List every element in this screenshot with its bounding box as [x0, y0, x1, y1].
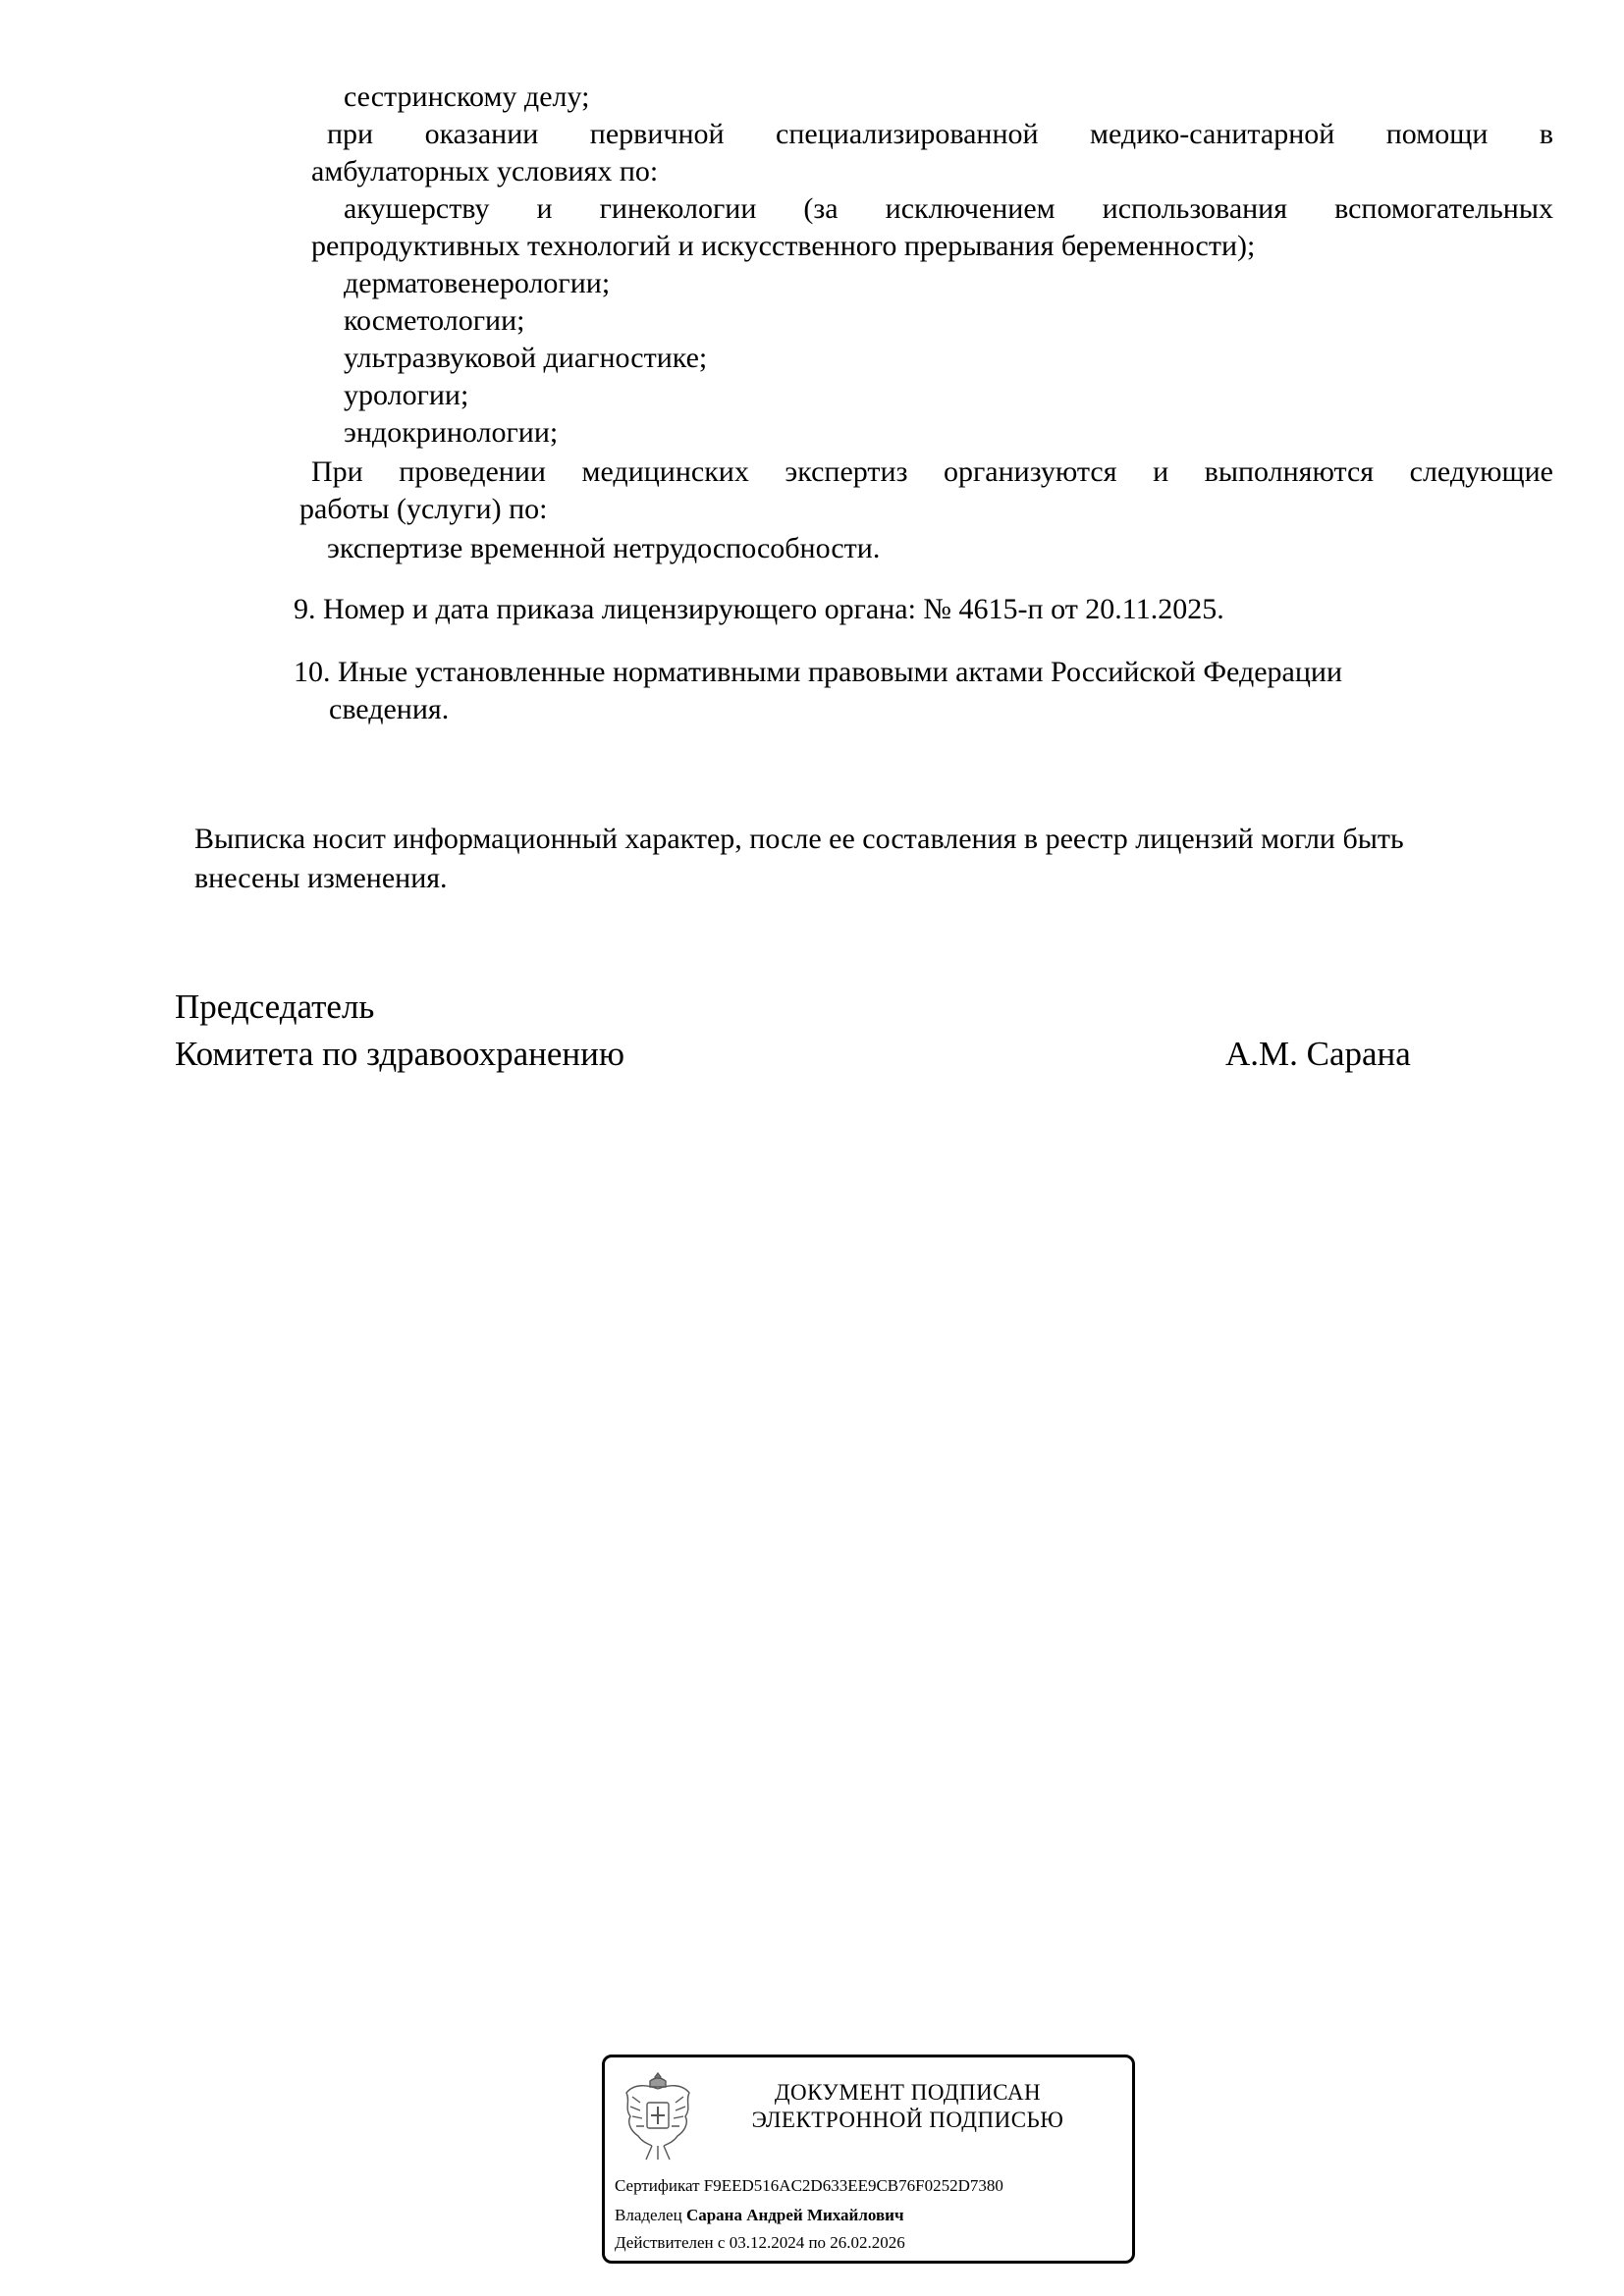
list-line-ambulatory: амбулаторных условиях по:	[311, 153, 658, 190]
list-line-obstetrics-cont: репродуктивных технологий и искусственно…	[311, 228, 1255, 265]
list-line-cosmetology: косметологии;	[344, 302, 524, 340]
certificate-label: Сертификат	[615, 2176, 700, 2195]
signatory-name: А.М. Сарана	[1225, 1033, 1411, 1076]
stamp-certificate: Сертификат F9EED516AC2D633EE9CB76F0252D7…	[615, 2175, 1003, 2197]
stamp-validity: Действителен с 03.12.2024 по 26.02.2026	[615, 2232, 905, 2254]
stamp-title-line-1: ДОКУМЕНТ ПОДПИСАН	[713, 2079, 1103, 2107]
signatory-position-line-1: Председатель	[175, 986, 374, 1029]
list-line-expertise-intro: При проведении медицинских экспертиз орг…	[311, 454, 1553, 491]
signatory-position-line-2: Комитета по здравоохранению	[175, 1033, 624, 1076]
list-line-obstetrics: акушерству и гинекологии (за исключением…	[344, 190, 1553, 228]
item-9-order-number: 9. Номер и дата приказа лицензирующего о…	[294, 591, 1224, 628]
list-line-urology: урологии;	[344, 377, 468, 414]
list-line-expertise-services: работы (услуги) по:	[299, 491, 547, 528]
list-line-ultrasound: ультразвуковой диагностике;	[344, 340, 707, 377]
owner-value: Сарана Андрей Михайлович	[686, 2206, 904, 2224]
stamp-owner: Владелец Сарана Андрей Михайлович	[615, 2205, 904, 2226]
disclaimer-line-2: внесены изменения.	[194, 860, 448, 897]
item-10-other-info-cont: сведения.	[329, 691, 449, 728]
list-line-dermatology: дерматовенерологии;	[344, 265, 610, 302]
certificate-value: F9EED516AC2D633EE9CB76F0252D7380	[704, 2176, 1003, 2195]
russian-coat-of-arms-icon	[621, 2067, 695, 2165]
list-line-primary-care: при оказании первичной специализированно…	[327, 116, 1553, 153]
list-line-disability-expertise: экспертизе временной нетрудоспособности.	[327, 530, 880, 567]
stamp-title-line-2: ЭЛЕКТРОННОЙ ПОДПИСЬЮ	[713, 2107, 1103, 2134]
electronic-signature-stamp: ДОКУМЕНТ ПОДПИСАН ЭЛЕКТРОННОЙ ПОДПИСЬЮ С…	[602, 2055, 1135, 2264]
item-10-other-info: 10. Иные установленные нормативными прав…	[294, 654, 1342, 691]
list-line-endocrinology: эндокринологии;	[344, 414, 558, 452]
disclaimer-line-1: Выписка носит информационный характер, п…	[194, 821, 1404, 858]
stamp-title: ДОКУМЕНТ ПОДПИСАН ЭЛЕКТРОННОЙ ПОДПИСЬЮ	[713, 2079, 1103, 2134]
list-line-nursing: сестринскому делу;	[344, 79, 589, 116]
owner-label: Владелец	[615, 2206, 682, 2224]
